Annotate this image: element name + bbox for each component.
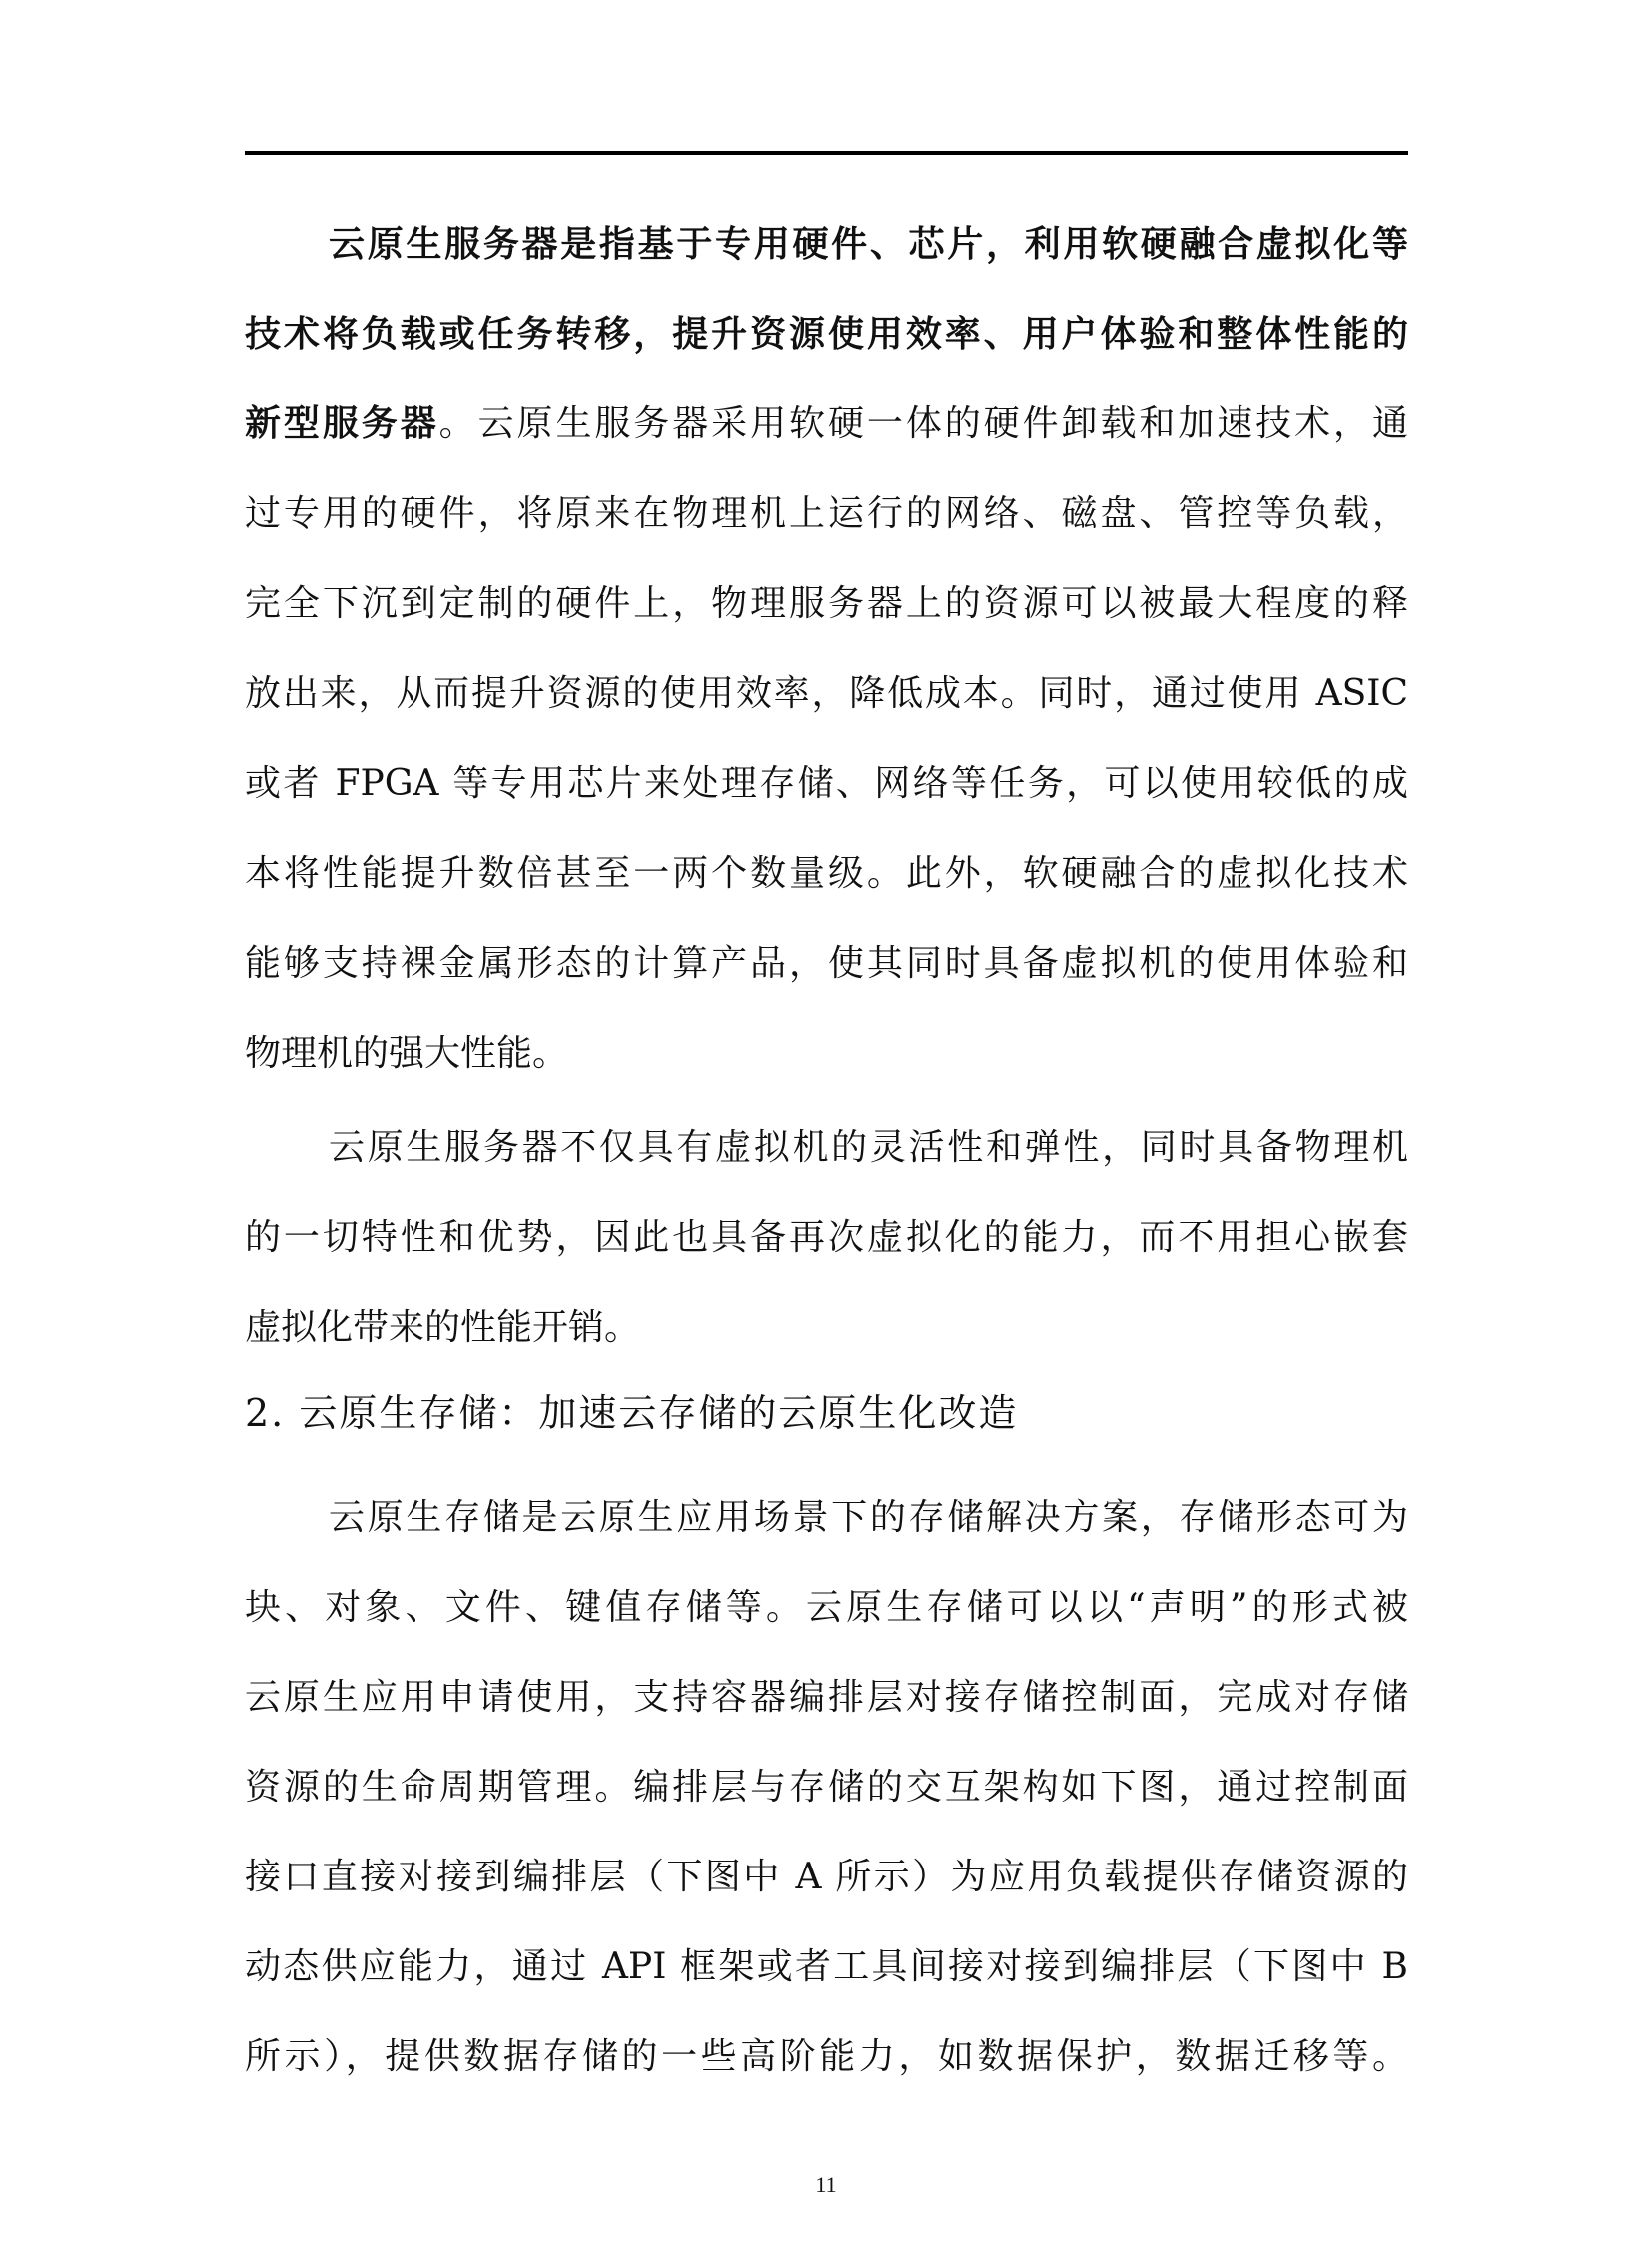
paragraph-line: 新型服务器。云原生服务器采用软硬一体的硬件卸载和加速技术，通: [245, 394, 1408, 454]
paragraph-line: 的一切特性和优势，因此也具备再次虚拟化的能力，而不用担心嵌套: [245, 1208, 1408, 1268]
paragraph-line: 云原生应用申请使用，支持容器编排层对接存储控制面，完成对存储: [245, 1668, 1408, 1728]
paragraph-line: 完全下沉到定制的硬件上，物理服务器上的资源可以被最大程度的释: [245, 574, 1408, 634]
paragraph-line: 过专用的硬件，将原来在物理机上运行的网络、磁盘、管控等负载，: [245, 484, 1408, 544]
paragraph-line: 动态供应能力，通过 API 框架或者工具间接对接到编排层（下图中 B: [245, 1937, 1408, 1997]
header-rule: [245, 151, 1408, 155]
paragraph-line: 所示），提供数据存储的一些高阶能力，如数据保护，数据迁移等。: [245, 2027, 1408, 2087]
paragraph-line: 放出来，从而提升资源的使用效率，降低成本。同时，通过使用 ASIC: [245, 664, 1408, 724]
paragraph-line: 能够支持裸金属形态的计算产品，使其同时具备虚拟机的使用体验和: [245, 934, 1408, 994]
body-text: 。云原生服务器采用软硬一体的硬件卸载和加速技术，通: [439, 403, 1408, 444]
paragraph-line: 资源的生命周期管理。编排层与存储的交互架构如下图，通过控制面: [245, 1758, 1408, 1818]
paragraph-line: 接口直接对接到编排层（下图中 A 所示）为应用负载提供存储资源的: [245, 1848, 1408, 1907]
paragraph-line: 云原生存储是云原生应用场景下的存储解决方案，存储形态可为: [245, 1488, 1408, 1548]
paragraph-line: 物理机的强大性能。: [245, 1024, 1408, 1084]
paragraph-line: 技术将负载或任务转移，提升资源使用效率、用户体验和整体性能的: [245, 305, 1408, 365]
bold-text: 技术将负载或任务转移，提升资源使用效率、用户体验和整体性能的: [245, 314, 1408, 355]
paragraph-line: 或者 FPGA 等专用芯片来处理存储、网络等任务，可以使用较低的成: [245, 754, 1408, 814]
page-number: 11: [0, 2172, 1652, 2198]
section-heading: 2. 云原生存储：加速云存储的云原生化改造: [245, 1383, 1018, 1443]
paragraph-line: 本将性能提升数倍甚至一两个数量级。此外，软硬融合的虚拟化技术: [245, 844, 1408, 904]
paragraph-line: 块、对象、文件、键值存储等。云原生存储可以以“声明”的形式被: [245, 1578, 1408, 1638]
bold-text: 云原生服务器是指基于专用硬件、芯片，利用软硬融合虚拟化等: [329, 224, 1408, 265]
paragraph-line: 云原生服务器不仅具有虚拟机的灵活性和弹性，同时具备物理机: [245, 1119, 1408, 1178]
paragraph-line: 云原生服务器是指基于专用硬件、芯片，利用软硬融合虚拟化等: [245, 215, 1408, 275]
paragraph-line: 虚拟化带来的性能开销。: [245, 1298, 1408, 1358]
bold-text: 新型服务器: [245, 403, 439, 444]
